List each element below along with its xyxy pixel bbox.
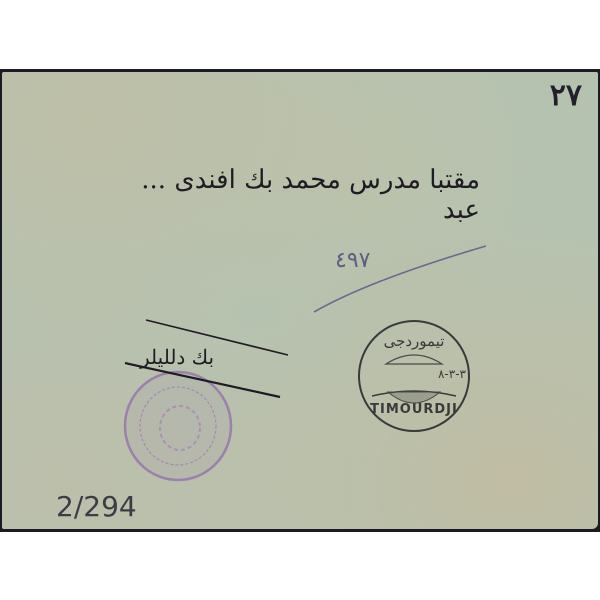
postmark: تیموردجی ٣-٣-٨ TIMOURDJI [356, 318, 472, 434]
postmark-arabic: تیموردجی [356, 332, 472, 350]
corner-number: ٢٧ [550, 78, 582, 113]
postmark-town: TIMOURDJI [356, 402, 472, 417]
handwritten-address: مقتبا مدرس محمد بك افندی ... عبد [120, 165, 480, 225]
pencil-note: ٤٩٧ [335, 248, 370, 273]
archive-number: 2/294 [56, 490, 137, 523]
postmark-date: ٣-٣-٨ [396, 367, 466, 381]
envelope [2, 72, 598, 529]
handwritten-recipient: بك دللیلر [140, 345, 214, 369]
